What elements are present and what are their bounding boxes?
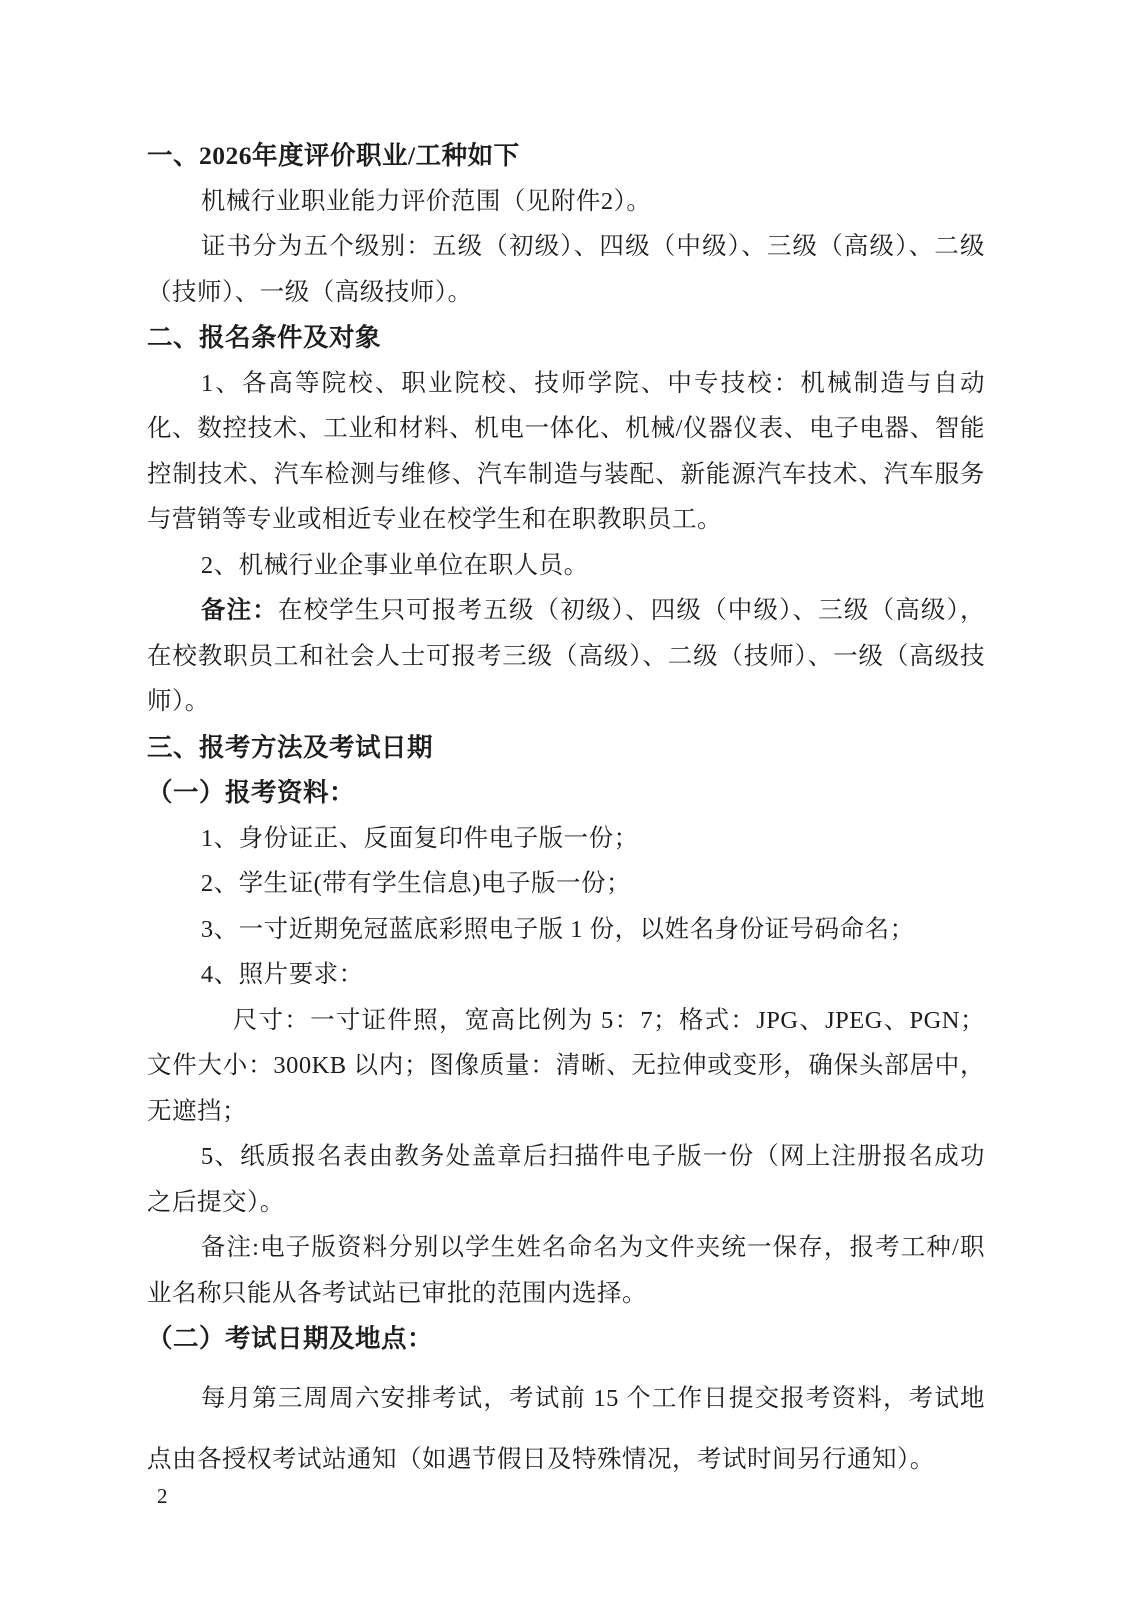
paragraph: 2、学生证(带有学生信息)电子版一份；: [147, 861, 985, 907]
paragraph: 备注：在校学生只可报考五级（初级）、四级（中级）、三级（高级），在校教职员工和社…: [147, 588, 985, 725]
document-content: 一、2026年度评价职业/工种如下机械行业职业能力评价范围（见附件2）。证书分为…: [147, 133, 985, 1490]
paragraph: 机械行业职业能力评价范围（见附件2）。: [147, 179, 985, 225]
paragraph: 备注:电子版资料分别以学生姓名命名为文件夹统一保存，报考工种/职业名称只能从各考…: [147, 1225, 985, 1316]
paragraph: 2、机械行业企事业单位在职人员。: [147, 543, 985, 589]
section-heading: 三、报考方法及考试日期: [147, 725, 985, 771]
document-page: 一、2026年度评价职业/工种如下机械行业职业能力评价范围（见附件2）。证书分为…: [0, 0, 1131, 1600]
sub-heading: （二）考试日期及地点：: [147, 1316, 985, 1362]
paragraph: 每月第三周周六安排考试，考试前 15 个工作日提交报考资料，考试地点由各授权考试…: [147, 1368, 985, 1490]
paragraph: 4、照片要求：: [147, 952, 985, 998]
paragraph: 尺寸：一寸证件照，宽高比例为 5：7；格式：JPG、JPEG、PGN；文件大小：…: [147, 998, 985, 1135]
paragraph: 证书分为五个级别：五级（初级）、四级（中级）、三级（高级）、二级（技师）、一级（…: [147, 224, 985, 315]
note-label: 备注：: [201, 597, 278, 624]
sub-heading: （一）报考资料：: [147, 770, 985, 816]
paragraph: 1、身份证正、反面复印件电子版一份；: [147, 816, 985, 862]
section-heading: 二、报名条件及对象: [147, 315, 985, 361]
paragraph: 3、一寸近期免冠蓝底彩照电子版 1 份，以姓名身份证号码命名；: [147, 907, 985, 953]
page-number: 2: [157, 1482, 168, 1510]
paragraph: 1、各高等院校、职业院校、技师学院、中专技校：机械制造与自动化、数控技术、工业和…: [147, 361, 985, 543]
section-heading: 一、2026年度评价职业/工种如下: [147, 133, 985, 179]
paragraph: 5、纸质报名表由教务处盖章后扫描件电子版一份（网上注册报名成功之后提交）。: [147, 1134, 985, 1225]
